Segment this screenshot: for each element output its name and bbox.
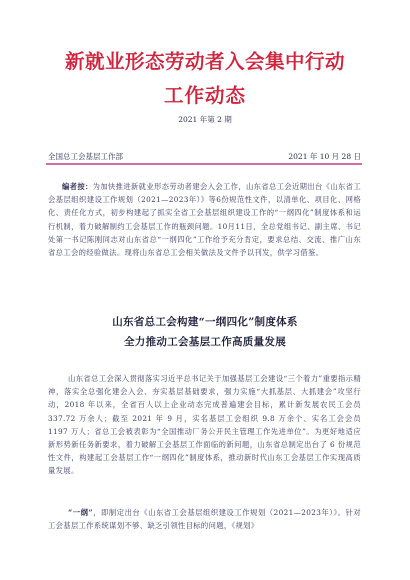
publication-date: 2021 年 10 月 28 日	[288, 151, 361, 162]
document-page: 新就业形态劳动者入会集中行动 工作动态 2021 年第 2 期 全国总工会基层工…	[0, 0, 410, 580]
paragraph-2-lead: “一纲”	[68, 508, 93, 517]
editor-note-label: 编者按：	[62, 182, 93, 191]
issue-number: 2021 年第 2 期	[0, 114, 410, 125]
article-title-line2: 全力推动工会基层工作高质量发展	[0, 334, 410, 349]
paragraph-2-text: ，即制定出台《山东省工会基层组织建设工作规划（2021—2023年）》。针对工会…	[48, 508, 361, 530]
article-paragraph-2: “一纲”，即制定出台《山东省工会基层组织建设工作规划（2021—2023年）》。…	[48, 506, 361, 532]
publisher-department: 全国总工会基层工作部	[48, 151, 123, 162]
masthead-title-line2: 工作动态	[0, 80, 410, 108]
editor-note: 编者按：为加快推进新就业形态劳动者建会入会工作，山东省总工会近期出台《山东省工会…	[48, 180, 361, 259]
editor-note-text: 为加快推进新就业形态劳动者建会入会工作，山东省总工会近期出台《山东省工会基层组织…	[48, 182, 361, 257]
masthead-title-line1: 新就业形态劳动者入会集中行动	[0, 46, 410, 74]
publication-header: 全国总工会基层工作部 2021 年 10 月 28 日	[48, 151, 361, 163]
article-paragraph-1: 山东省总工会深入贯彻落实习近平总书记关于加强基层工会建设“三个着力”重要指示精神…	[48, 372, 361, 478]
header-divider	[46, 163, 362, 165]
article-title-line1: 山东省总工会构建“一纲四化”制度体系	[0, 314, 410, 329]
